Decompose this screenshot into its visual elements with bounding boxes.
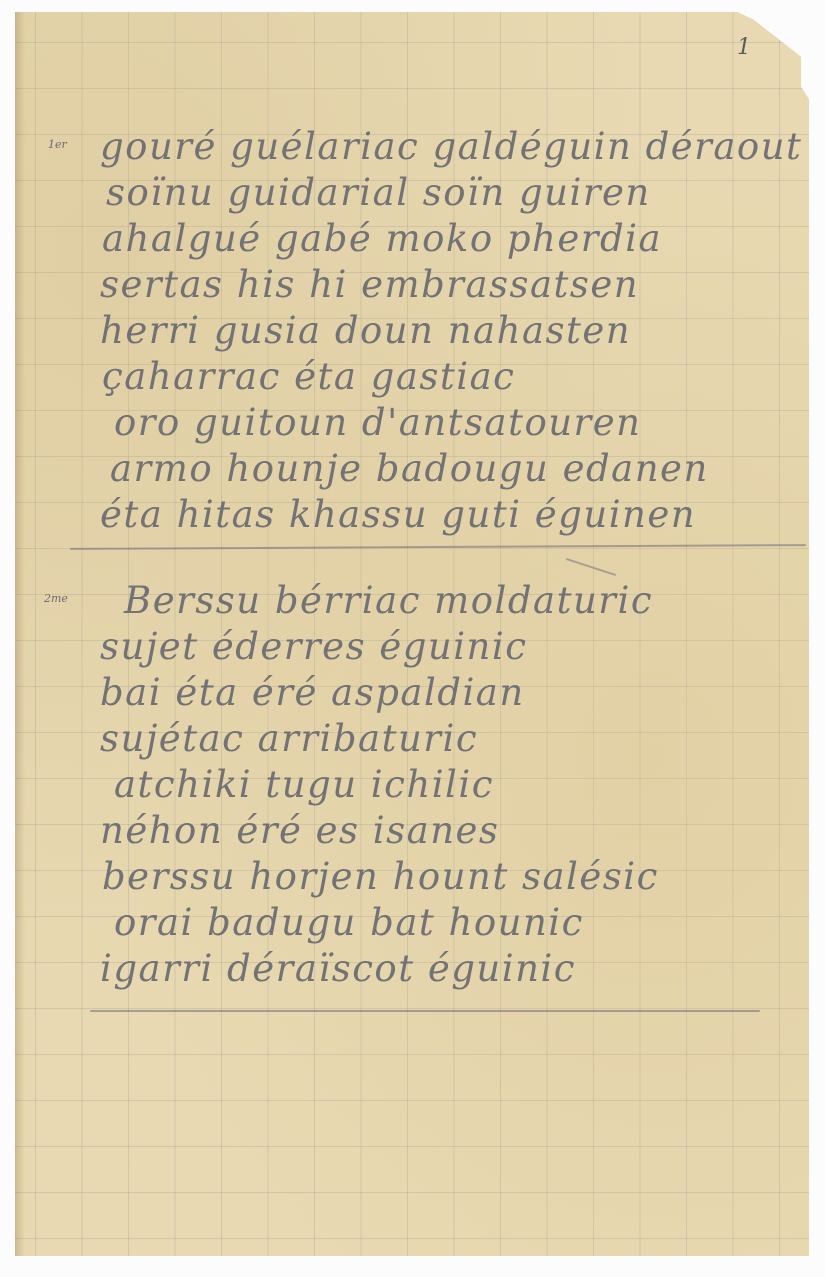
verse-line: igarri déraïscot éguinic [100, 946, 810, 992]
stanza-1: gouré guélariac galdéguin déraout soïnu … [100, 124, 810, 538]
scanned-page: 1 1er gouré guélariac galdéguin déraout … [0, 0, 825, 1277]
stanza-2: Berssu bérriac moldaturic sujet éderres … [100, 578, 810, 992]
end-underline [90, 1010, 760, 1012]
verse-line: herri gusia doun nahasten [100, 308, 810, 354]
verse-line: atchiki tugu ichilic [114, 762, 810, 808]
verse-line: sujet éderres éguinic [100, 624, 810, 670]
verse-line: éta hitas khassu guti éguinen [100, 492, 810, 538]
verse-line: sujétac arribaturic [100, 716, 810, 762]
stanza-1-marker: 1er [48, 138, 67, 151]
verse-line: bai éta éré aspaldian [100, 670, 810, 716]
verse-line: oro guitoun d'antsatouren [114, 400, 810, 446]
verse-line: ahalgué gabé moko pherdia [102, 216, 810, 262]
verse-line: Berssu bérriac moldaturic [124, 578, 810, 624]
page-number: 1 [737, 35, 751, 60]
verse-line: çaharrac éta gastiac [102, 354, 810, 400]
verse-line: néhon éré es isanes [100, 808, 810, 854]
stanza-2-marker: 2me [44, 592, 68, 605]
verse-line: berssu horjen hount salésic [102, 854, 810, 900]
verse-line: orai badugu bat hounic [114, 900, 810, 946]
verse-line: gouré guélariac galdéguin déraout [100, 124, 810, 170]
verse-line: armo hounje badougu edanen [110, 446, 810, 492]
verse-line: sertas his hi embrassatsen [100, 262, 810, 308]
verse-line: soïnu guidarial soïn guiren [106, 170, 810, 216]
